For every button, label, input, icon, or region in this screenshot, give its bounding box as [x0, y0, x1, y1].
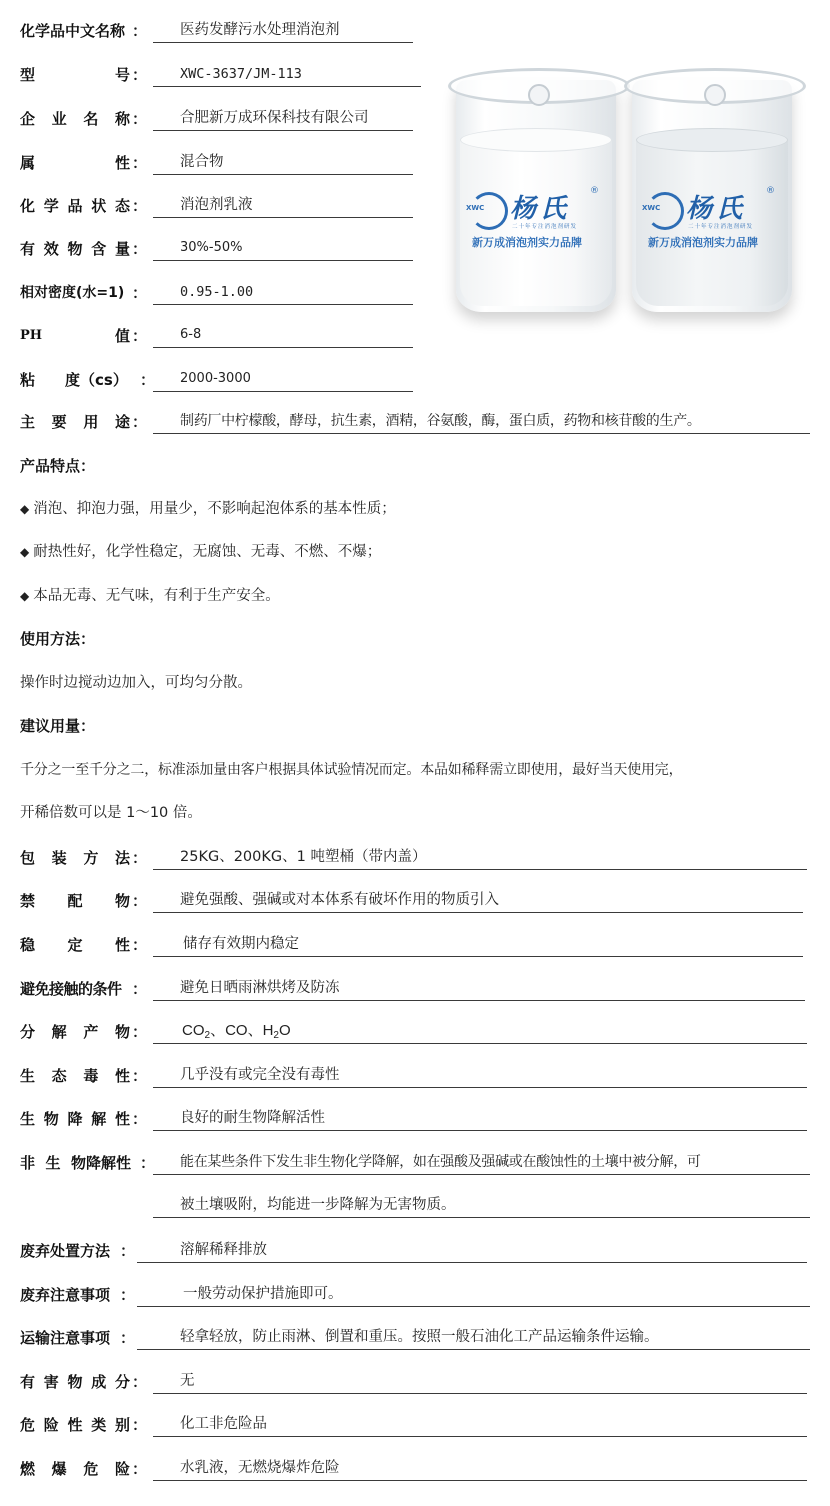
field-value: 25KG、200KG、1 吨塑桶（带内盖）: [180, 845, 426, 871]
colon: ：: [132, 932, 147, 958]
field-value: 能在某些条件下发生非生物化学降解，如在强酸及强碱或在酸蚀性的土壤中被分解，可: [180, 1150, 701, 1176]
colon: ：: [132, 1369, 147, 1395]
brand-slogan: 新万成消泡剂实力品牌: [648, 234, 758, 250]
field-main-use: 主要用途 ： 制药厂中柠檬酸，酵母，抗生素，酒精，谷氨酸，酶，蛋白质，药物和核苷…: [0, 409, 830, 435]
colon: ：: [132, 280, 147, 306]
section-title-features: 产品特点：: [20, 454, 95, 478]
field-value: 消泡剂乳液: [180, 193, 253, 219]
field-value: 2000-3000: [180, 367, 251, 393]
diamond-bullet-icon: ◆: [20, 502, 29, 516]
field-hazard-class: 危险性类别 ： 化工非危险品: [0, 1412, 830, 1438]
field-label: 相对密度(水=1): [20, 280, 124, 306]
product-photo: XWC 杨氏 ® 二十年专注消泡剂研发 新万成消泡剂实力品牌 XWC 杨氏 ® …: [448, 62, 820, 318]
field-value: 被土壤吸附，均能进一步降解为无害物质。: [180, 1193, 456, 1219]
section-title-usage: 使用方法：: [20, 627, 95, 651]
colon: ：: [120, 1282, 135, 1308]
field-label: 避免接触的条件: [20, 976, 122, 1002]
field-biodegradability: 生物降解性 ： 良好的耐生物降解活性: [0, 1106, 830, 1132]
colon: ：: [132, 18, 147, 44]
colon: ：: [132, 1019, 147, 1045]
field-packaging: 包装方法 ： 25KG、200KG、1 吨塑桶（带内盖）: [0, 845, 830, 871]
dosage-text-line: 开稀倍数可以是 1～10 倍。: [20, 801, 202, 825]
field-fire-explosion-hazard: 燃爆危险 ： 水乳液，无燃烧爆炸危险: [0, 1456, 830, 1482]
field-incompatible: 禁配物 ： 避免强酸、强碱或对本体系有破坏作用的物质引入: [0, 888, 830, 914]
feature-item: ◆耐热性好，化学性稳定，无腐蚀、无毒、不燃、不爆；: [20, 540, 381, 564]
colon: ：: [132, 323, 147, 349]
field-value: 水乳液，无燃烧爆炸危险: [180, 1456, 340, 1482]
field-label: 包装方法: [20, 845, 130, 871]
field-ph: PH值 ： 6-8: [0, 323, 830, 349]
colon: ：: [132, 409, 147, 435]
field-value: 储存有效期内稳定: [183, 932, 299, 958]
colon: ：: [132, 1063, 147, 1089]
feature-item: ◆消泡、抑泡力强，用量少，不影响起泡体系的基本性质；: [20, 497, 396, 521]
beaker-white-emulsion: XWC 杨氏 ® 二十年专注消泡剂研发 新万成消泡剂实力品牌: [456, 80, 616, 312]
field-avoid-conditions: 避免接触的条件 ： 避免日晒雨淋烘烤及防冻: [0, 976, 830, 1002]
colon: ：: [132, 193, 147, 219]
colon: ：: [120, 1238, 135, 1264]
field-label: 燃爆危险: [20, 1456, 130, 1482]
field-transport-notes: 运输注意事项 ： 轻拿轻放，防止雨淋、倒置和重压。按照一般石油化工产品运输条件运…: [0, 1325, 830, 1351]
field-viscosity: 粘度（cs） ： 2000-3000: [0, 367, 830, 393]
field-label: 稳定性: [20, 932, 130, 958]
feature-item: ◆本品无毒、无气味，有利于生产安全。: [20, 584, 280, 608]
field-value: 30%-50%: [180, 236, 242, 262]
field-label: 化学品状态: [20, 193, 130, 219]
colon: ：: [132, 888, 147, 914]
field-value: 轻拿轻放，防止雨淋、倒置和重压。按照一般石油化工产品运输条件运输。: [180, 1325, 659, 1351]
colon: ：: [132, 150, 147, 176]
field-disposal-notes: 废弃注意事项 ： 一般劳动保护措施即可。: [0, 1282, 830, 1308]
field-value: 避免日晒雨淋烘烤及防冻: [180, 976, 340, 1002]
field-value: 一般劳动保护措施即可。: [183, 1282, 343, 1308]
field-abiotic-degradation: 非 生 物降解性 ： 能在某些条件下发生非生物化学降解，如在强酸及强碱或在酸蚀性…: [0, 1150, 830, 1176]
field-value: XWC-3637/JM-113: [180, 62, 302, 88]
usage-text: 操作时边搅动边加入，可均匀分散。: [20, 671, 252, 695]
colon: ：: [132, 236, 147, 262]
field-value: 合肥新万成环保科技有限公司: [180, 106, 369, 132]
field-value: 无: [180, 1369, 195, 1395]
field-disposal-method: 废弃处置方法 ： 溶解稀释排放: [0, 1238, 830, 1264]
field-label: PH值: [20, 323, 130, 349]
field-label: 分解产物: [20, 1019, 130, 1045]
brand-logo: XWC 杨氏 ® 二十年专注消泡剂研发 新万成消泡剂实力品牌: [642, 190, 782, 250]
field-label: 禁配物: [20, 888, 130, 914]
field-label: 生态毒性: [20, 1063, 130, 1089]
colon: ：: [132, 1412, 147, 1438]
field-value: 避免强酸、强碱或对本体系有破坏作用的物质引入: [180, 888, 499, 914]
field-value: 制药厂中柠檬酸，酵母，抗生素，酒精，谷氨酸，酶，蛋白质，药物和核苷酸的生产。: [180, 409, 701, 435]
colon: ：: [120, 1325, 135, 1351]
brand-logo: XWC 杨氏 ® 二十年专注消泡剂研发 新万成消泡剂实力品牌: [466, 190, 606, 250]
colon: ：: [132, 1106, 147, 1132]
colon: ：: [132, 845, 147, 871]
field-label: 废弃注意事项: [20, 1282, 110, 1308]
field-label: 企业名称: [20, 106, 130, 132]
field-abiotic-degradation-cont: 被土壤吸附，均能进一步降解为无害物质。: [0, 1193, 830, 1219]
field-label: 非 生 物降解性: [20, 1150, 131, 1176]
colon: ：: [132, 1456, 147, 1482]
field-chemical-name: 化学品中文名称 ： 医药发酵污水处理消泡剂: [0, 18, 830, 44]
field-label: 危险性类别: [20, 1412, 130, 1438]
field-stability: 稳定性 ： 储存有效期内稳定: [0, 932, 830, 958]
diamond-bullet-icon: ◆: [20, 545, 29, 559]
beaker-translucent: XWC 杨氏 ® 二十年专注消泡剂研发 新万成消泡剂实力品牌: [632, 80, 792, 312]
field-value: 几乎没有或完全没有毒性: [180, 1063, 340, 1089]
field-value: 6-8: [180, 323, 201, 349]
field-label: 型号: [20, 62, 130, 88]
section-title-dosage: 建议用量：: [20, 714, 95, 738]
field-label: 主要用途: [20, 409, 130, 435]
field-value: 0.95-1.00: [180, 280, 253, 306]
field-label: 有害物成分: [20, 1369, 130, 1395]
field-label: 生物降解性: [20, 1106, 130, 1132]
field-ecotoxicity: 生态毒性 ： 几乎没有或完全没有毒性: [0, 1063, 830, 1089]
field-value: 医药发酵污水处理消泡剂: [180, 18, 340, 44]
field-label: 运输注意事项: [20, 1325, 110, 1351]
field-value: 混合物: [180, 150, 224, 176]
dosage-text-line: 千分之一至千分之二，标准添加量由客户根据具体试验情况而定。本品如稀释需立即使用，…: [20, 758, 682, 782]
field-label: 有效物含量: [20, 236, 130, 262]
brand-slogan: 新万成消泡剂实力品牌: [472, 234, 582, 250]
field-label: 粘度（cs）: [20, 367, 128, 393]
brand-name: 杨氏: [510, 188, 570, 225]
field-hazardous-components: 有害物成分 ： 无: [0, 1369, 830, 1395]
colon: ：: [132, 62, 147, 88]
colon: ：: [132, 106, 147, 132]
field-label: 废弃处置方法: [20, 1238, 110, 1264]
brand-name: 杨氏: [686, 188, 746, 225]
underline: [153, 1369, 807, 1394]
colon: ：: [132, 976, 147, 1002]
field-value: 良好的耐生物降解活性: [180, 1106, 325, 1132]
field-decomposition: 分解产物 ： CO2、CO、H2O: [0, 1019, 830, 1045]
field-label: 属性: [20, 150, 130, 176]
field-value: 化工非危险品: [180, 1412, 267, 1438]
field-label: 化学品中文名称: [20, 18, 125, 44]
field-value: 溶解稀释排放: [180, 1238, 267, 1264]
diamond-bullet-icon: ◆: [20, 589, 29, 603]
field-value: CO2、CO、H2O: [182, 1019, 291, 1045]
